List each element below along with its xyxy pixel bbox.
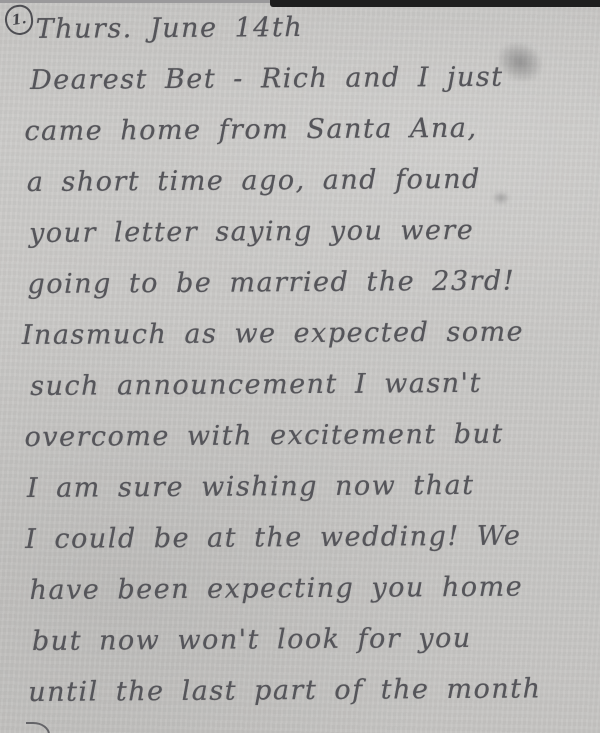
letter-line: overcome with excitement but — [24, 408, 598, 463]
letter-line: I could be at the wedding! We — [25, 510, 599, 565]
letter-line: came home from Santa Ana, — [24, 102, 596, 157]
letter-line: going to be married the 23rd! — [27, 255, 597, 310]
letter-line: such announcement I wasn't — [30, 357, 598, 412]
cutoff-next-line-stroke — [26, 722, 50, 733]
letter-line: until the last part of the month — [28, 663, 600, 718]
pencil-smudge-small — [488, 188, 514, 208]
letter-line: Inasmuch as we expected some — [22, 306, 598, 361]
letter-line: but now won't look for you — [32, 612, 600, 667]
letter-line: I am sure wishing now that — [27, 459, 599, 514]
letter-body: Thurs. June 14th Dearest Bet - Rich and … — [22, 0, 600, 718]
letter-line: your letter saying you were — [29, 204, 597, 259]
letter-page: 1. Thurs. June 14th Dearest Bet - Rich a… — [0, 0, 600, 733]
letter-line: have been expecting you home — [29, 561, 599, 616]
